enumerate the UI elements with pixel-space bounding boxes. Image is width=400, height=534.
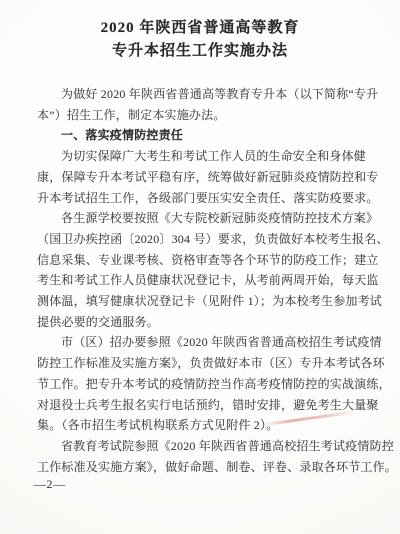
body-text-line: 考生和考试工作人员健康状况登记卡，从考前两周开始，每天监	[37, 270, 367, 291]
body-text-line: （国卫办疾控函〔2020〕304 号）要求，负责做好本校考生报名、	[37, 229, 367, 250]
body-text-line: 康，保障专升本考试平稳有序，统筹做好新冠肺炎疫情防控和专	[37, 167, 367, 188]
doc-title-line-2: 专升本招生工作实施办法	[0, 40, 400, 63]
body-text-line: 信息采集、专业课考核、资格审查等各个环节的防疫工作；建立	[37, 250, 367, 271]
body-text-line: 升本考试招生工作，各级部门要压实安全责任、落实防疫要求。	[37, 188, 367, 209]
body-text-line: 工作标准及实施方案》，做好命题、制卷、评卷、录取各环节工作。	[37, 457, 367, 478]
body-text-line: 对退役士兵考生报名实行电话预约，错时安排，避免考生大量聚	[37, 395, 367, 416]
body-text-line: 各生源学校要按照《大专院校新冠肺炎疫情防控技术方案》	[37, 208, 367, 229]
section-heading: 一、落实疫情防控责任	[37, 125, 367, 146]
body-text-line: 测体温，填写健康状况登记卡（见附件 1）；为本校考生参加考试	[37, 291, 367, 312]
body-text-line: 省教育考试院参照《2020 年陕西省普通高校招生考试疫情防控	[37, 436, 367, 457]
doc-body: 为做好 2020 年陕西省普通高等教育专升本（以下简称“专升 本”）招生工作，制…	[37, 84, 367, 477]
body-text-line: 防控工作标准及实施方案》，负责做好本市（区）专升本考试各环	[37, 353, 367, 374]
body-text-line: 为做好 2020 年陕西省普通高等教育专升本（以下简称“专升	[37, 84, 367, 105]
doc-title: 2020 年陕西省普通高等教育 专升本招生工作实施办法	[0, 17, 400, 63]
doc-title-line-1: 2020 年陕西省普通高等教育	[0, 17, 400, 40]
body-text-line: 集。（各市招生考试机构联系方式见附件 2）。	[37, 415, 367, 436]
body-text-line: 本”）招生工作，制定本实施办法。	[37, 105, 367, 126]
document-page: 2020 年陕西省普通高等教育 专升本招生工作实施办法 为做好 2020 年陕西…	[0, 0, 400, 534]
page-number: —2—	[34, 477, 66, 492]
body-text-line: 提供必要的交通服务。	[37, 312, 367, 333]
body-text-line: 节工作。把专升本考试的疫情防控当作高考疫情防控的实战演练，	[37, 374, 367, 395]
body-text-line: 为切实保障广大考生和考试工作人员的生命安全和身体健	[37, 146, 367, 167]
body-text-line: 市（区）招办要参照《2020 年陕西省普通高校招生考试疫情	[37, 332, 367, 353]
